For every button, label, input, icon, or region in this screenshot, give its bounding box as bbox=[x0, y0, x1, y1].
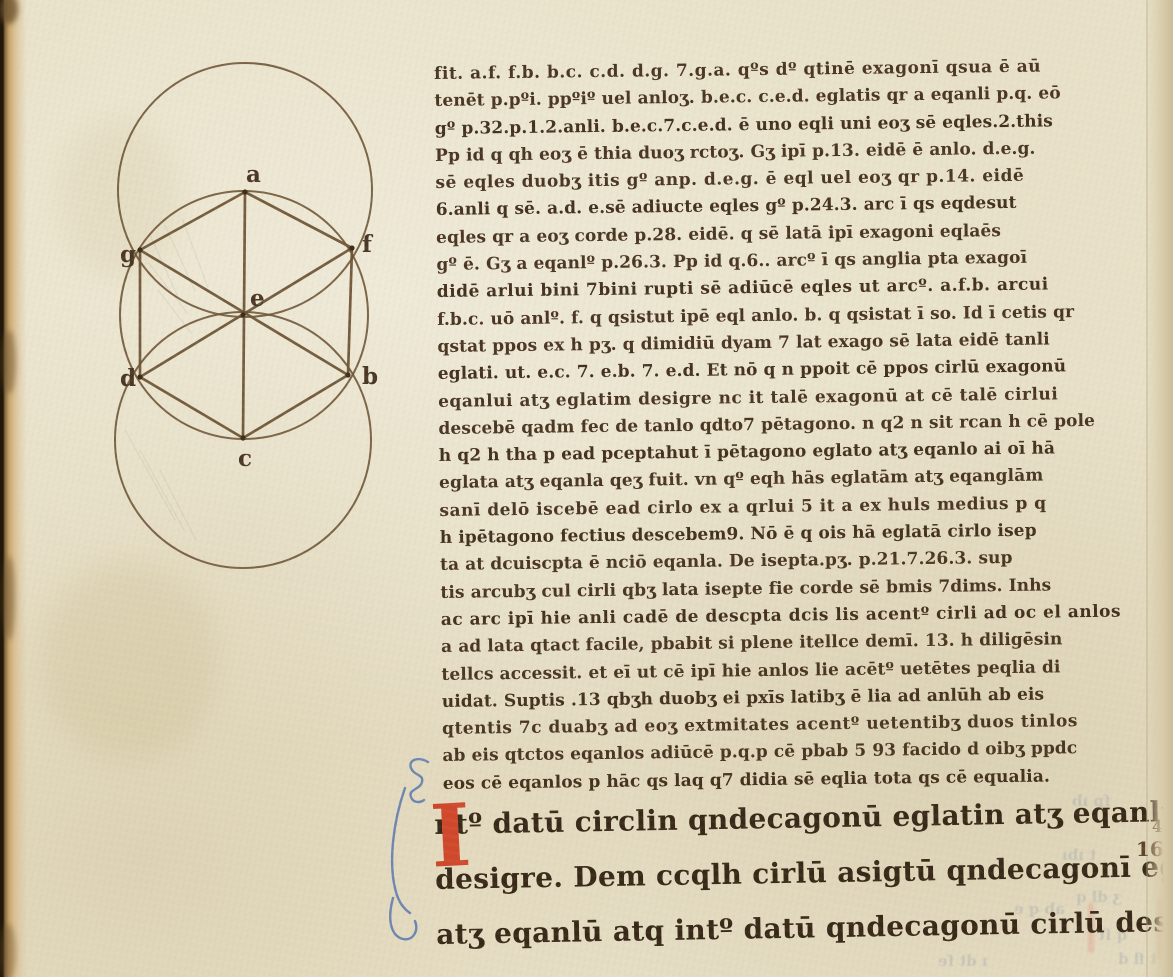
diagram-edge-cd bbox=[140, 377, 243, 438]
diagram-label-f: f bbox=[362, 231, 374, 258]
page-right-edge bbox=[1145, 0, 1173, 977]
right-margin-crease bbox=[1146, 0, 1148, 977]
diagram-point-d bbox=[137, 374, 142, 379]
gutter-shadow-blob bbox=[3, 556, 15, 640]
diagram-point-b bbox=[345, 372, 350, 377]
diagram-label-b: b bbox=[362, 363, 378, 390]
main-text-column: fit. a.f. f.b. b.c. c.d. d.g. 7.g.a. qºs… bbox=[434, 56, 1123, 801]
diagram-edge-ga bbox=[140, 192, 245, 250]
diagram-point-a bbox=[242, 189, 247, 194]
diagram-label-a: a bbox=[246, 161, 261, 188]
manuscript-page: ſp ıbt ıbıʒ dl qq ſtt fl dab q eı dt ſe … bbox=[0, 0, 1173, 977]
diagram-point-f bbox=[349, 245, 354, 250]
diagram-point-e bbox=[240, 312, 245, 317]
diagram-edge-af bbox=[245, 192, 352, 248]
diagram-label-d: d bbox=[120, 365, 136, 392]
proposition-paragraph: I ntº datū circlin qndecagonū eglatin at… bbox=[434, 795, 1157, 973]
diagram-label-c: c bbox=[238, 445, 252, 472]
diagram-edge-fb bbox=[348, 248, 352, 375]
diagram-label-e: e bbox=[250, 285, 265, 312]
diagram-label-g: g bbox=[120, 241, 136, 268]
rubric-initial-I: I bbox=[429, 799, 473, 874]
diagram-point-c bbox=[240, 435, 245, 440]
blue-pen-flourish bbox=[390, 759, 428, 939]
gutter-shadow-blob bbox=[0, 924, 16, 977]
gutter-shadow-blob bbox=[2, 330, 16, 394]
diagram-point-g bbox=[137, 247, 142, 252]
binding-gutter bbox=[0, 0, 27, 977]
